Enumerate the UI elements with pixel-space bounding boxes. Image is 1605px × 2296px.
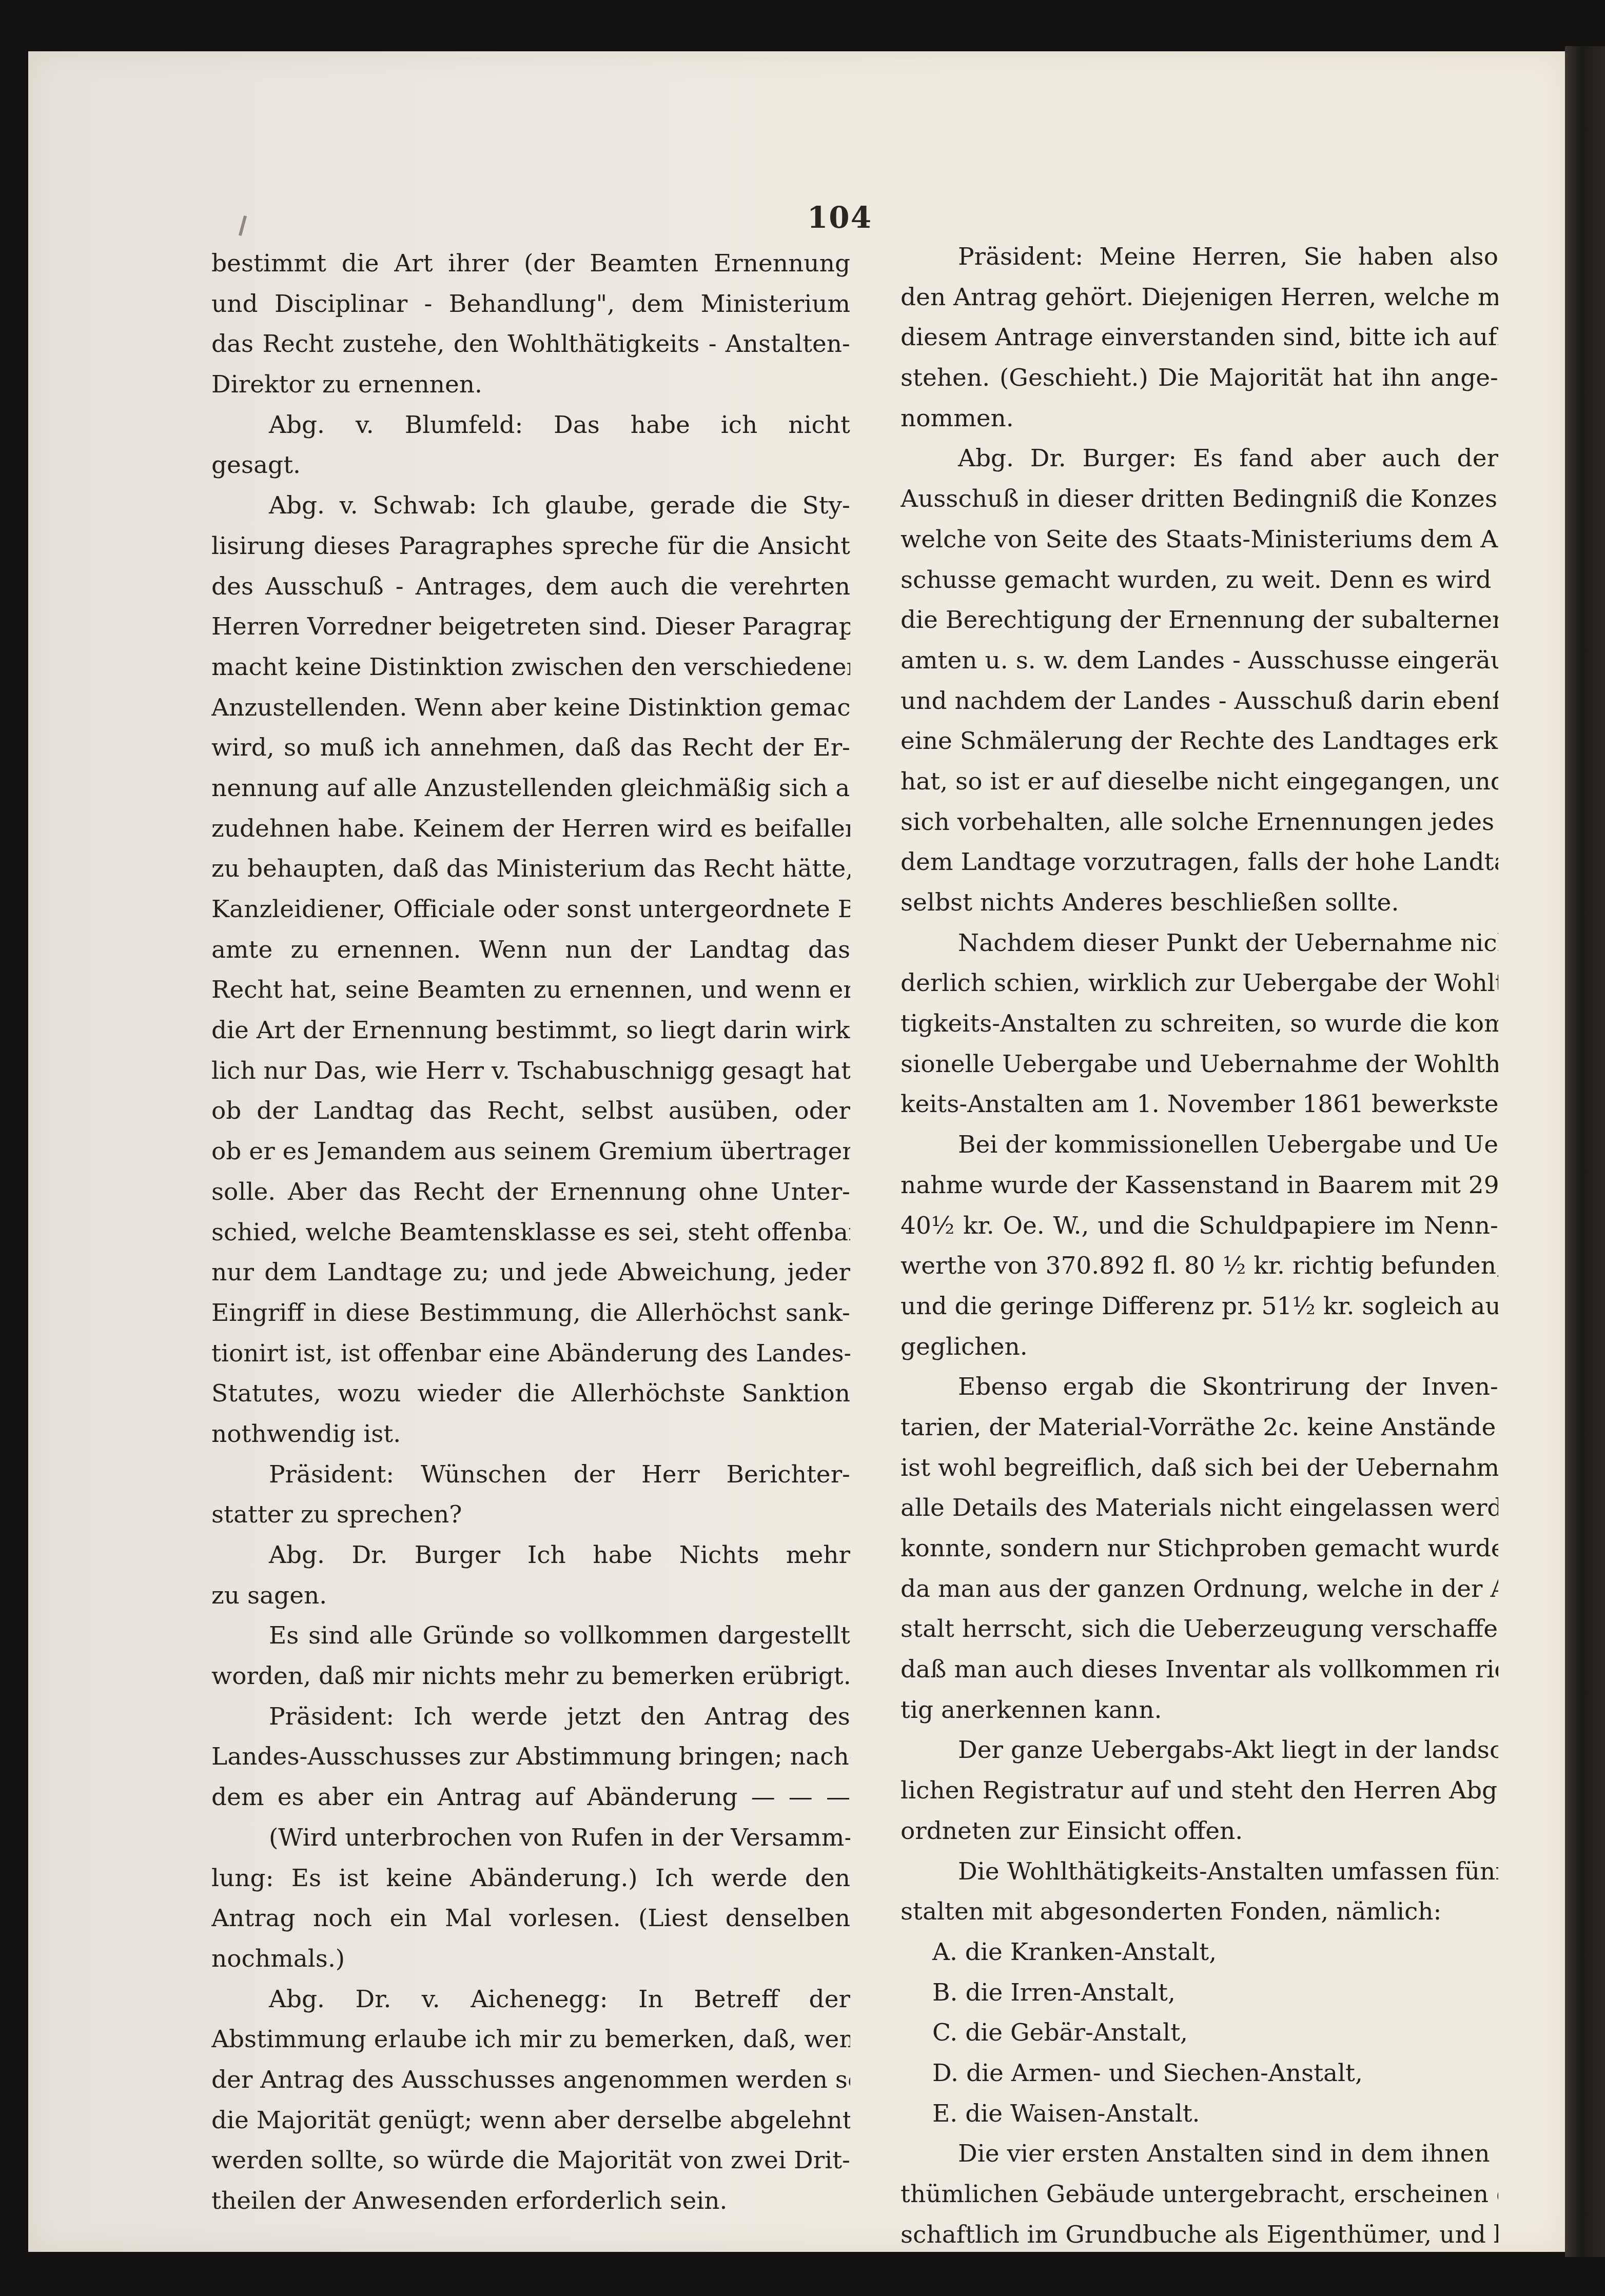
list-item: B. die Irren-Anstalt,: [901, 1973, 1498, 2013]
text-line: ob er es Jemandem aus seinem Gremium übe…: [211, 1132, 850, 1172]
text-line: des Ausschuß - Antrages, dem auch die ve…: [211, 567, 850, 607]
text-line: die Art der Ernennung bestimmt, so liegt…: [211, 1011, 850, 1051]
text-line: dem Landtage vorzutragen, falls der hohe…: [901, 842, 1498, 883]
text-line: ordneten zur Einsicht offen.: [901, 1811, 1498, 1852]
text-line: alle Details des Materials nicht eingela…: [901, 1488, 1498, 1529]
list-item: D. die Armen- und Siechen-Anstalt,: [901, 2053, 1498, 2094]
text-line: sionelle Uebergabe und Uebernahme der Wo…: [901, 1044, 1498, 1085]
text-line: lisirung dieses Paragraphes spreche für …: [211, 526, 850, 567]
text-line: lung: Es ist keine Abänderung.) Ich werd…: [211, 1858, 850, 1899]
text-line: solle. Aber das Recht der Ernennung ohne…: [211, 1172, 850, 1213]
text-line: Direktor zu ernennen.: [211, 365, 850, 405]
text-line: stalt herrscht, sich die Ueberzeugung ve…: [901, 1609, 1498, 1650]
text-line: werthe von 370.892 fl. 80 ½ kr. richtig …: [901, 1246, 1498, 1286]
speaker-line: Präsident: Meine Herren, Sie haben also: [901, 237, 1498, 278]
text-line: Recht hat, seine Beamten zu ernennen, un…: [211, 970, 850, 1011]
text-line: Kanzleidiener, Officiale oder sonst unte…: [211, 889, 850, 930]
left-column: bestimmt die Art ihrer (der Beamten Erne…: [211, 244, 850, 2222]
text-line: stalten mit abgesonderten Fonden, nämlic…: [901, 1892, 1498, 1932]
text-line: nochmals.): [211, 1939, 850, 1980]
text-line: Der ganze Uebergabs-Akt liegt in der lan…: [901, 1730, 1498, 1771]
text-line: tig anerkennen kann.: [901, 1690, 1498, 1731]
text-line: welche von Seite des Staats-Ministeriums…: [901, 520, 1498, 560]
speaker-line: Abg. v. Blumfeld: Das habe ich nicht: [211, 405, 850, 446]
text-line: zu sagen.: [211, 1576, 850, 1616]
text-line: Es sind alle Gründe so vollkommen darges…: [211, 1616, 850, 1656]
list-item: A. die Kranken-Anstalt,: [901, 1932, 1498, 1973]
text-line: werden sollte, so würde die Majorität vo…: [211, 2141, 850, 2181]
text-line: Herren Vorredner beigetreten sind. Diese…: [211, 607, 850, 647]
text-line: der Antrag des Ausschusses angenommen we…: [211, 2060, 850, 2101]
text-line: und die geringe Differenz pr. 51½ kr. so…: [901, 1286, 1498, 1327]
list-item: C. die Gebär-Anstalt,: [901, 2013, 1498, 2053]
text-line: derlich schien, wirklich zur Uebergabe d…: [901, 963, 1498, 1004]
page-number: 104: [807, 200, 872, 235]
text-line: Landes-Ausschusses zur Abstimmung bringe…: [211, 1737, 850, 1777]
text-line: nahme wurde der Kassenstand in Baarem mi…: [901, 1165, 1498, 1206]
speaker-line: Präsident: Wünschen der Herr Berichter-: [211, 1455, 850, 1495]
scan-border-right: [1565, 46, 1605, 2257]
text-line: eine Schmälerung der Rechte des Landtage…: [901, 721, 1498, 762]
text-line: lich nur Das, wie Herr v. Tschabuschnigg…: [211, 1051, 850, 1092]
text-line: tigkeits-Anstalten zu schreiten, so wurd…: [901, 1004, 1498, 1044]
text-line: schied, welche Beamtensklasse es sei, st…: [211, 1213, 850, 1253]
text-line: konnte, sondern nur Stichproben gemacht …: [901, 1529, 1498, 1569]
text-line: Anzustellenden. Wenn aber keine Distinkt…: [211, 688, 850, 728]
text-line: schusse gemacht wurden, zu weit. Denn es…: [901, 560, 1498, 601]
text-line: statter zu sprechen?: [211, 1495, 850, 1535]
text-line: stehen. (Geschieht.) Die Majorität hat i…: [901, 358, 1498, 399]
text-line: nothwendig ist.: [211, 1414, 850, 1455]
text-line: diesem Antrage einverstanden sind, bitte…: [901, 318, 1498, 358]
text-line: keits-Anstalten am 1. November 1861 bewe…: [901, 1084, 1498, 1125]
text-line: Abstimmung erlaube ich mir zu bemerken, …: [211, 2020, 850, 2060]
speaker-line: Präsident: Ich werde jetzt den Antrag de…: [211, 1697, 850, 1737]
text-line: schaftlich im Grundbuche als Eigenthümer…: [901, 2215, 1498, 2255]
text-line: da man aus der ganzen Ordnung, welche in…: [901, 1569, 1498, 1610]
text-line: thümlichen Gebäude untergebracht, ersche…: [901, 2174, 1498, 2215]
text-line: den Antrag gehört. Diejenigen Herren, we…: [901, 278, 1498, 318]
text-line: macht keine Distinktion zwischen den ver…: [211, 647, 850, 688]
text-line: geglichen.: [901, 1327, 1498, 1368]
text-line: Eingriff in diese Bestimmung, die Allerh…: [211, 1293, 850, 1334]
speaker-line: Abg. Dr. Burger Ich habe Nichts mehr: [211, 1535, 850, 1576]
text-line: wird, so muß ich annehmen, daß das Recht…: [211, 728, 850, 768]
text-line: und nachdem der Landes - Ausschuß darin …: [901, 681, 1498, 722]
text-line: dem es aber ein Antrag auf Abänderung — …: [211, 1777, 850, 1818]
text-line: tarien, der Material-Vorräthe 2c. keine …: [901, 1408, 1498, 1448]
text-line: Statutes, wozu wieder die Allerhöchste S…: [211, 1374, 850, 1414]
text-line: worden, daß mir nichts mehr zu bemerken …: [211, 1656, 850, 1697]
text-line: das Recht zustehe, den Wohlthätigkeits -…: [211, 324, 850, 365]
text-line: Antrag noch ein Mal vorlesen. (Liest den…: [211, 1898, 850, 1939]
text-line: theilen der Anwesenden erforderlich sein…: [211, 2181, 850, 2222]
speaker-line: Abg. v. Schwab: Ich glaube, gerade die S…: [211, 486, 850, 526]
text-line: Ausschuß in dieser dritten Bedingniß die…: [901, 479, 1498, 520]
text-line: gesagt.: [211, 445, 850, 486]
text-line: die Majorität genügt; wenn aber derselbe…: [211, 2101, 850, 2141]
speaker-line: Abg. Dr. v. Aichenegg: In Betreff der: [211, 1980, 850, 2020]
text-line: hat, so ist er auf dieselbe nicht eingeg…: [901, 762, 1498, 802]
text-line: amten u. s. w. dem Landes - Ausschusse e…: [901, 641, 1498, 681]
text-line: 40½ kr. Oe. W., und die Schuldpapiere im…: [901, 1206, 1498, 1246]
right-column: Präsident: Meine Herren, Sie haben also …: [901, 237, 1498, 2255]
text-line: daß man auch dieses Inventar als vollkom…: [901, 1650, 1498, 1690]
text-line: ob der Landtag das Recht, selbst ausüben…: [211, 1091, 850, 1132]
text-line: Die Wohlthätigkeits-Anstalten umfassen f…: [901, 1852, 1498, 1892]
text-line: nennung auf alle Anzustellenden gleichmä…: [211, 768, 850, 809]
text-line: Die vier ersten Anstalten sind in dem ih…: [901, 2134, 1498, 2174]
text-line: zu behaupten, daß das Ministerium das Re…: [211, 849, 850, 889]
text-line: zudehnen habe. Keinem der Herren wird es…: [211, 809, 850, 849]
text-line: Nachdem dieser Punkt der Uebernahme nich…: [901, 923, 1498, 964]
text-line: nur dem Landtage zu; und jede Abweichung…: [211, 1253, 850, 1293]
text-line: Ebenso ergab die Skontrirung der Inven-: [901, 1367, 1498, 1408]
text-line: bestimmt die Art ihrer (der Beamten Erne…: [211, 244, 850, 284]
text-line: ist wohl begreiflich, daß sich bei der U…: [901, 1448, 1498, 1489]
text-line: lichen Registratur auf und steht den Her…: [901, 1771, 1498, 1811]
list-item: E. die Waisen-Anstalt.: [901, 2094, 1498, 2134]
text-line: selbst nichts Anderes beschließen sollte…: [901, 883, 1498, 923]
text-line: amte zu ernennen. Wenn nun der Landtag d…: [211, 930, 850, 971]
text-line: sich vorbehalten, alle solche Ernennunge…: [901, 802, 1498, 843]
speaker-line: Abg. Dr. Burger: Es fand aber auch der: [901, 439, 1498, 479]
text-line: die Berechtigung der Ernennung der subal…: [901, 600, 1498, 641]
text-line: (Wird unterbrochen von Rufen in der Vers…: [211, 1818, 850, 1858]
text-line: und Disciplinar - Behandlung", dem Minis…: [211, 284, 850, 325]
text-line: tionirt ist, ist offenbar eine Abänderun…: [211, 1334, 850, 1374]
text-line: nommen.: [901, 399, 1498, 439]
text-line: Bei der kommissionellen Uebergabe und Ue…: [901, 1125, 1498, 1165]
